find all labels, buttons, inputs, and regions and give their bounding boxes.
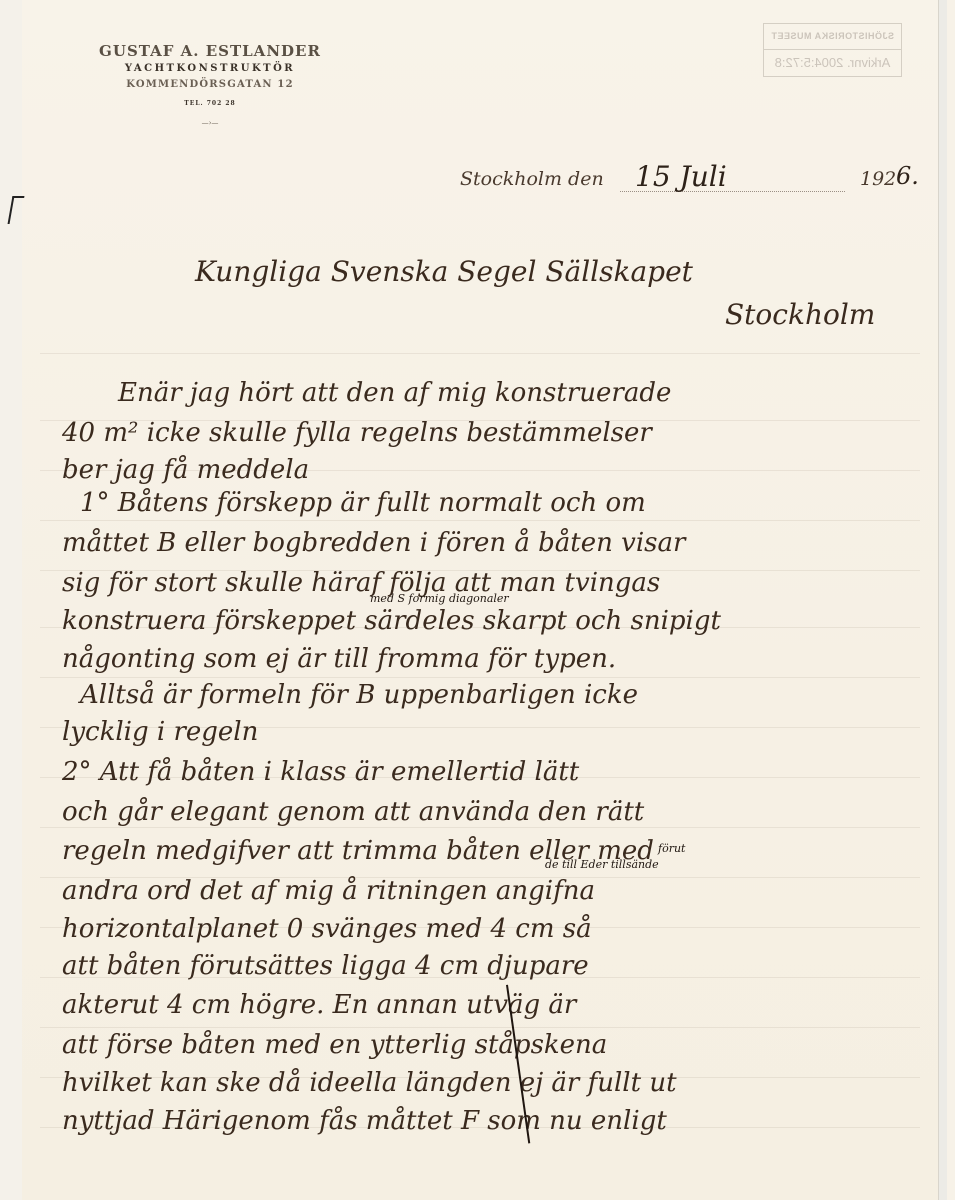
letterhead-title: YACHTKONSTRUKTÖR (60, 63, 360, 74)
body-line: Alltså är formeln för B uppenbarligen ic… (80, 680, 638, 710)
date-year-prefix: 192 (860, 168, 896, 190)
insertion-note: de till Eder tillsände (545, 858, 659, 871)
recipient-name: Kungliga Svenska Segel Sällskapet (195, 255, 693, 288)
body-line: akterut 4 cm högre. En annan utväg är (62, 990, 576, 1020)
recipient-city: Stockholm (725, 298, 875, 331)
letterhead-address: KOMMENDÖRSGATAN 12 (60, 79, 360, 90)
ruled-line (40, 827, 920, 828)
ruled-line (40, 520, 920, 521)
body-line: Enär jag hört att den af mig konstruerad… (118, 378, 671, 408)
ruled-line (40, 353, 920, 354)
body-line: 2° Att få båten i klass är emellertid lä… (62, 757, 579, 787)
body-line: 1° Båtens förskepp är fullt normalt och … (80, 488, 646, 518)
letterhead-name: GUSTAF A. ESTLANDER (60, 42, 360, 60)
body-line: någonting som ej är till fromma för type… (62, 644, 616, 674)
page-edge (938, 0, 947, 1200)
date-place: Stockholm den (460, 168, 604, 190)
body-line: och går elegant genom att använda den rä… (62, 797, 644, 827)
letterhead-ornament: —›— (60, 119, 360, 127)
insertion-note: med S formig diagonaler (370, 592, 509, 605)
insertion-note: förut (658, 842, 685, 855)
body-line: hvilket kan ske då ideella längden ej är… (62, 1068, 677, 1098)
body-line: sig för stort skulle häraf följa att man… (62, 568, 660, 598)
body-line: horizontalplanet 0 svänges med 4 cm så (62, 914, 592, 944)
date-day-month: 15 Juli (635, 160, 727, 193)
body-line: konstruera förskeppet särdeles skarpt oc… (62, 606, 721, 636)
ruled-line (40, 677, 920, 678)
stamp-archive-number: Arkivnr. 2004:5:72:8 (764, 50, 901, 76)
ruled-line (40, 1027, 920, 1028)
stamp-museum-name: SJÖHISTORISKA MUSEET (764, 24, 901, 50)
body-line: att båten förutsättes ligga 4 cm djupare (62, 951, 589, 981)
date-year-digit: 6. (896, 162, 919, 190)
letterhead: GUSTAF A. ESTLANDER YACHTKONSTRUKTÖR KOM… (60, 42, 360, 127)
body-line: lycklig i regeln (62, 717, 258, 747)
archive-stamp: SJÖHISTORISKA MUSEET Arkivnr. 2004:5:72:… (763, 23, 902, 77)
body-line: andra ord det af mig å ritningen angifna (62, 876, 595, 906)
scan-left-margin (0, 0, 22, 1200)
body-line: 40 m² icke skulle fylla regelns bestämme… (62, 418, 652, 448)
body-line: nyttjad Härigenom fås måttet F som nu en… (62, 1106, 667, 1136)
date-line: Stockholm den 15 Juli 192 6. (460, 160, 930, 200)
body-line: ber jag få meddela (62, 455, 309, 485)
letterhead-telephone: TEL. 702 28 (60, 100, 360, 107)
body-line: att förse båten med en ytterlig ståpsken… (62, 1030, 607, 1060)
body-line: måttet B eller bogbredden i fören å båte… (62, 528, 685, 558)
